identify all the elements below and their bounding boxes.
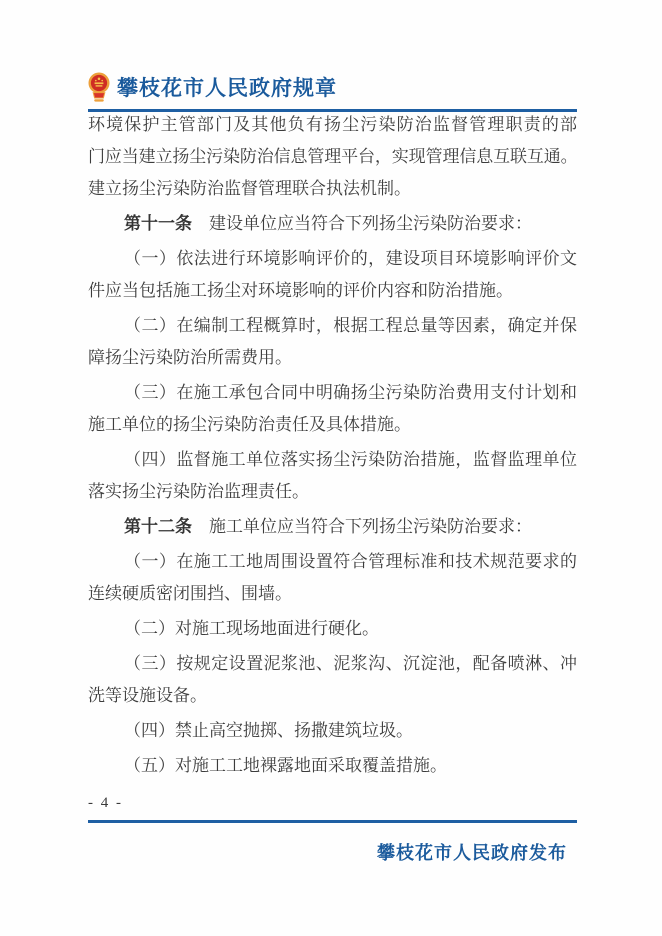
header-title: 攀枝花市人民政府规章	[117, 72, 337, 102]
text-line: 第十二条 施工单位应当符合下列扬尘污染防治要求：	[88, 511, 577, 543]
text-line: （二）对施工现场地面进行硬化。	[88, 613, 577, 645]
article-number: 第十一条	[124, 214, 192, 233]
text-line: 障扬尘污染防治所需费用。	[88, 342, 577, 374]
text-line: 门应当建立扬尘污染防治信息管理平台，实现管理信息互联互通。	[88, 141, 577, 173]
text-line: （五）对施工工地裸露地面采取覆盖措施。	[88, 750, 577, 782]
page-number: - 4 -	[88, 795, 123, 812]
text-line: 环境保护主管部门及其他负有扬尘污染防治监督管理职责的部	[88, 109, 577, 141]
text-line: 施工单位的扬尘污染防治责任及具体措施。	[88, 409, 577, 441]
text-line: 落实扬尘污染防治监理责任。	[88, 476, 577, 508]
text-line: 第十一条 建设单位应当符合下列扬尘污染防治要求：	[88, 208, 577, 240]
text-line: 洗等设施设备。	[88, 680, 577, 712]
text-line: （三）按规定设置泥浆池、泥浆沟、沉淀池，配备喷淋、冲	[88, 648, 577, 680]
article-number: 第十二条	[124, 517, 192, 536]
document-header: 攀枝花市人民政府规章	[88, 70, 337, 104]
text-line: （一）依法进行环境影响评价的，建设项目环境影响评价文	[88, 243, 577, 275]
footer-divider	[88, 820, 577, 823]
document-body: 环境保护主管部门及其他负有扬尘污染防治监督管理职责的部门应当建立扬尘污染防治信息…	[88, 106, 577, 782]
national-emblem-icon	[88, 72, 110, 103]
text-line: 建立扬尘污染防治监督管理联合执法机制。	[88, 173, 577, 205]
document-page: 攀枝花市人民政府规章 环境保护主管部门及其他负有扬尘污染防治监督管理职责的部门应…	[0, 0, 662, 936]
text-line: （一）在施工工地周围设置符合管理标准和技术规范要求的	[88, 546, 577, 578]
text-line: （四）禁止高空抛掷、扬撒建筑垃圾。	[88, 715, 577, 747]
footer-publisher: 攀枝花市人民政府发布	[88, 839, 567, 865]
text-line: （二）在编制工程概算时，根据工程总量等因素，确定并保	[88, 310, 577, 342]
text-line: （四）监督施工单位落实扬尘污染防治措施，监督监理单位	[88, 444, 577, 476]
text-line: 连续硬质密闭围挡、围墙。	[88, 578, 577, 610]
text-line: 件应当包括施工扬尘对环境影响的评价内容和防治措施。	[88, 275, 577, 307]
text-line: （三）在施工承包合同中明确扬尘污染防治费用支付计划和	[88, 377, 577, 409]
